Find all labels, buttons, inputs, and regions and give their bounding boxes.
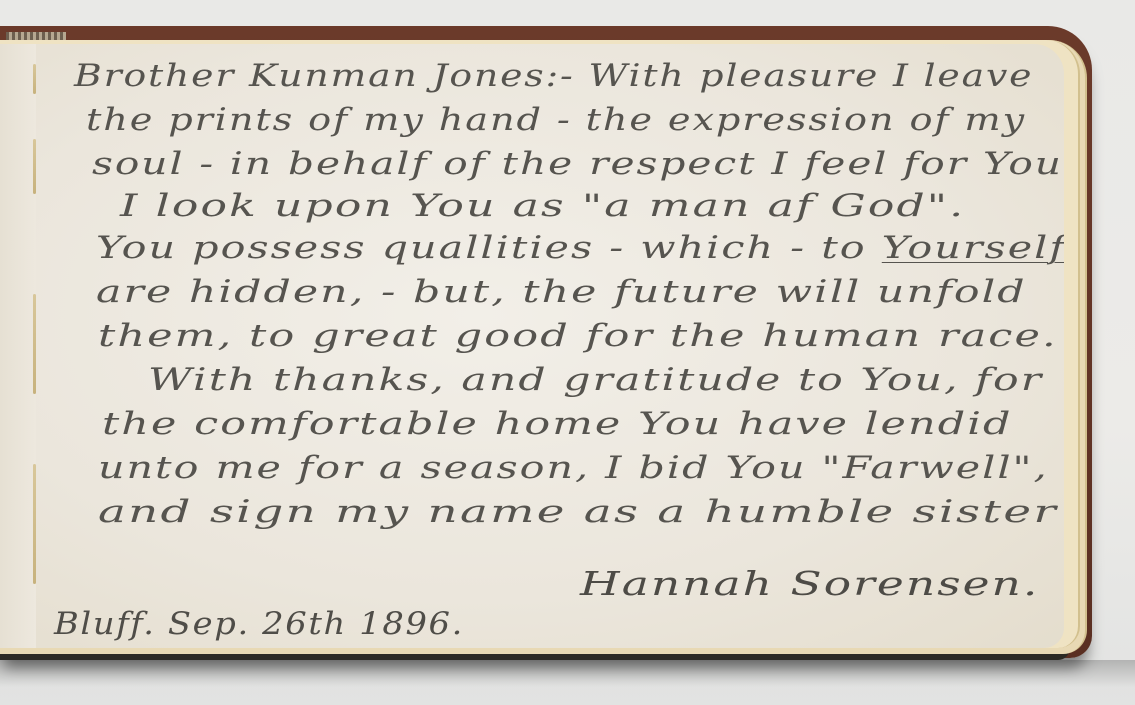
underlined-word-yourself: Yourself — [882, 230, 1064, 266]
letter-line-5: You possess quallities - which - to Your… — [96, 228, 1064, 268]
book-shadow — [0, 660, 1135, 705]
handwritten-letter: Brother Kunman Jones:- With pleasure I l… — [0, 44, 1064, 648]
letter-line-2: the prints of my hand - the expression o… — [86, 100, 1026, 140]
letter-line-1: Brother Kunman Jones:- With pleasure I l… — [74, 56, 1033, 96]
signature: Hannah Sorensen. — [580, 564, 1039, 604]
letter-line-10: unto me for a season, I bid You "Farwell… — [98, 448, 1049, 488]
letter-line-4: I look upon You as "a man af God". — [120, 186, 965, 226]
letter-line-6: are hidden, - but, the future will unfol… — [96, 272, 1027, 312]
letter-line-11: and sign my name as a humble sister — [98, 492, 1058, 532]
album-page: Brother Kunman Jones:- With pleasure I l… — [0, 44, 1064, 648]
letter-line-3: soul - in behalf of the respect I feel f… — [92, 144, 1064, 184]
place-and-date: Bluff. Sep. 26th 1896. — [54, 604, 464, 644]
letter-line-8: With thanks, and gratitude to You, for — [148, 360, 1043, 400]
letter-line-9: the comfortable home You have lendid — [102, 404, 1013, 444]
letter-line-7: them, to great good for the human race. — [98, 316, 1058, 356]
letter-line-5-text: You possess quallities - which - to — [96, 230, 867, 266]
